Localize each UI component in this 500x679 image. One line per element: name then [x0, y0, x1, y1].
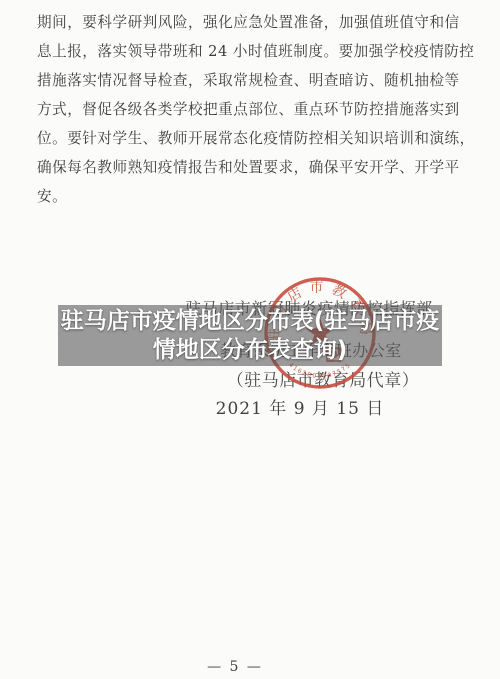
body-line: 期间，要科学研判风险，强化应急处置准备，加强值班值守和信: [37, 8, 449, 37]
body-line: 息上报，落实领导带班和 24 小时值班制度。要加强学校疫情防控: [37, 37, 449, 66]
document-body-paragraph: 期间，要科学研判风险，强化应急处置准备，加强值班值守和信 息上报，落实领导带班和…: [37, 8, 449, 211]
scanned-document-page: 期间，要科学研判风险，强化应急处置准备，加强值班值守和信 息上报，落实领导带班和…: [0, 0, 500, 679]
body-line: 位。要针对学生、教师开展常态化疫情防控相关知识培训和演练，: [37, 124, 449, 153]
title-overlay-banner: 驻马店市疫情地区分布表(驻马店市疫 情地区分布表查询): [58, 305, 442, 366]
body-line: 措施落实情况督导检查，采取常规检查、明查暗访、随机抽检等: [37, 66, 449, 95]
page-number: — 5 —: [207, 659, 263, 675]
body-line: 确保每名教师熟知疫情报告和处置要求，确保平安开学、开学平: [37, 153, 449, 182]
overlay-title-line1: 驻马店市疫情地区分布表(驻马店市疫: [61, 307, 440, 336]
overlay-title-line2: 情地区分布表查询): [153, 336, 348, 365]
body-line: 安。: [37, 182, 449, 211]
body-line: 方式，督促各级各类学校把重点部位、重点环节防控措施落实到: [37, 95, 449, 124]
